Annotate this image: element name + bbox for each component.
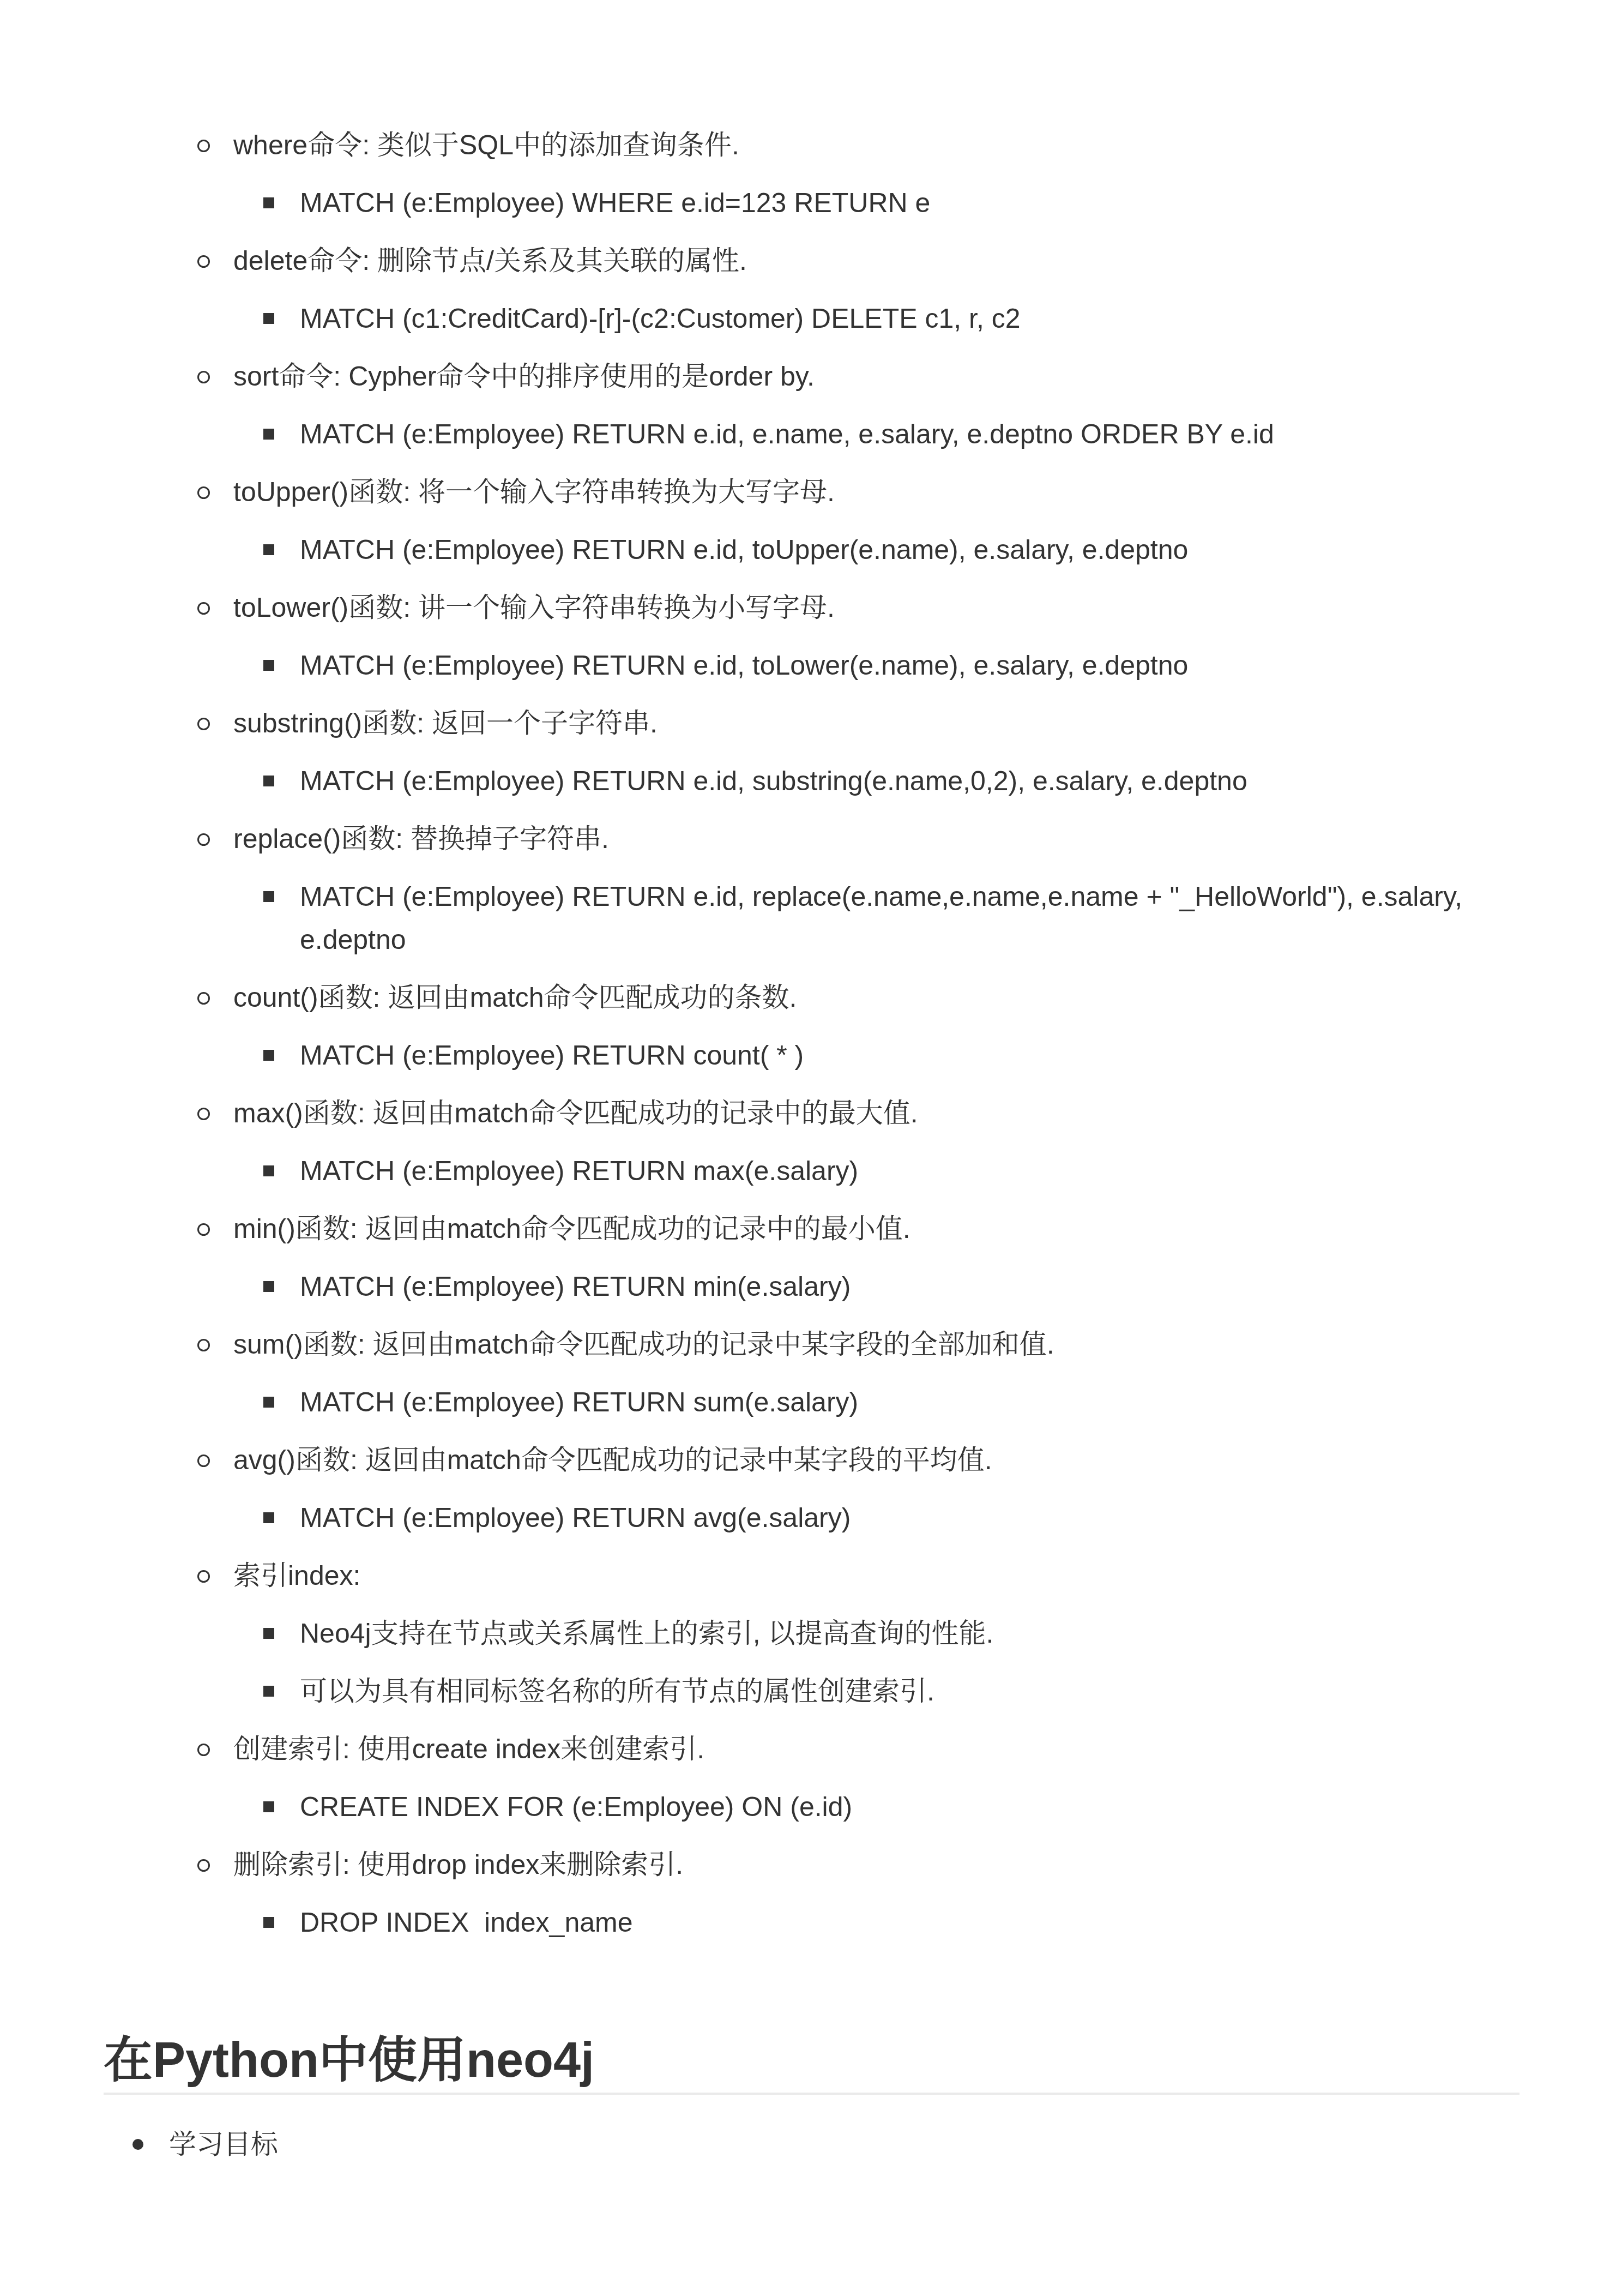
example-item: MATCH (e:Employee) RETURN avg(e.salary) [300, 1496, 1520, 1540]
square-bullet-icon [263, 1050, 274, 1061]
list-item-label: 创建索引: 使用create index来创建索引. [233, 1728, 1520, 1771]
square-bullet-icon [263, 1512, 274, 1523]
example-text: Neo4j支持在节点或关系属性上的索引, 以提高查询的性能. [300, 1612, 1520, 1655]
list-item-label: min()函数: 返回由match命令匹配成功的记录中的最小值. [233, 1207, 1520, 1251]
circle-bullet-icon [197, 602, 210, 615]
circle-bullet-icon [197, 1108, 210, 1120]
list-item-label: replace()函数: 替换掉子字符串. [233, 818, 1520, 861]
example-item: MATCH (c1:CreditCard)-[r]-(c2:Customer) … [300, 297, 1520, 340]
circle-bullet-icon [197, 1339, 210, 1351]
circle-bullet-icon [197, 1744, 210, 1756]
square-bullet-icon [263, 1628, 274, 1639]
example-code: MATCH (e:Employee) RETURN count( * ) [300, 1034, 1520, 1077]
circle-bullet-icon [197, 371, 210, 383]
list-item-label: toLower()函数: 讲一个输入字符串转换为小写字母. [233, 586, 1520, 629]
list-item-index: 索引index: Neo4j支持在节点或关系属性上的索引, 以提高查询的性能. … [233, 1554, 1520, 1713]
list-item-substring: substring()函数: 返回一个子字符串. MATCH (e:Employ… [233, 702, 1520, 803]
circle-bullet-icon [197, 1859, 210, 1872]
square-bullet-icon [263, 197, 274, 208]
list-item-label: sum()函数: 返回由match命令匹配成功的记录中某字段的全部加和值. [233, 1323, 1520, 1366]
example-item: 可以为具有相同标签名称的所有节点的属性创建索引. [300, 1670, 1520, 1713]
list-item-label: 学习目标 [169, 2123, 1520, 2166]
square-bullet-icon [263, 891, 274, 902]
square-bullet-icon [263, 313, 274, 324]
example-list: MATCH (e:Employee) RETURN avg(e.salary) [233, 1496, 1520, 1540]
example-list: DROP INDEX index_name [233, 1901, 1520, 1944]
list-item-drop-index: 删除索引: 使用drop index来删除索引. DROP INDEX inde… [233, 1843, 1520, 1944]
circle-bullet-icon [197, 1570, 210, 1583]
example-code: MATCH (e:Employee) RETURN max(e.salary) [300, 1150, 1520, 1193]
list-item-label: avg()函数: 返回由match命令匹配成功的记录中某字段的平均值. [233, 1439, 1520, 1482]
circle-bullet-icon [197, 833, 210, 846]
square-bullet-icon [263, 1281, 274, 1292]
example-code: MATCH (e:Employee) RETURN e.id, toLower(… [300, 644, 1520, 687]
square-bullet-icon [263, 1165, 274, 1176]
example-text: 可以为具有相同标签名称的所有节点的属性创建索引. [300, 1670, 1520, 1713]
circle-bullet-icon [197, 1454, 210, 1467]
example-code: MATCH (e:Employee) RETURN avg(e.salary) [300, 1496, 1520, 1540]
section-heading: 在Python中使用neo4j [104, 2031, 1520, 2095]
circle-bullet-icon [197, 718, 210, 730]
example-item: MATCH (e:Employee) RETURN sum(e.salary) [300, 1381, 1520, 1424]
example-list: MATCH (e:Employee) RETURN min(e.salary) [233, 1265, 1520, 1308]
example-item: MATCH (e:Employee) RETURN e.id, e.name, … [300, 413, 1520, 456]
list-item-max: max()函数: 返回由match命令匹配成功的记录中的最大值. MATCH (… [233, 1092, 1520, 1193]
square-bullet-icon [263, 1801, 274, 1812]
example-item: MATCH (e:Employee) RETURN e.id, replace(… [300, 875, 1520, 961]
example-list: MATCH (e:Employee) RETURN max(e.salary) [233, 1150, 1520, 1193]
cypher-command-list: where命令: 类似于SQL中的添加查询条件. MATCH (e:Employ… [233, 124, 1520, 1944]
list-item-min: min()函数: 返回由match命令匹配成功的记录中的最小值. MATCH (… [233, 1207, 1520, 1308]
example-code: MATCH (e:Employee) RETURN min(e.salary) [300, 1265, 1520, 1308]
list-item-label: sort命令: Cypher命令中的排序使用的是order by. [233, 355, 1520, 398]
example-item: MATCH (e:Employee) RETURN e.id, toUpper(… [300, 528, 1520, 572]
example-list: MATCH (c1:CreditCard)-[r]-(c2:Customer) … [233, 297, 1520, 340]
list-item-label: toUpper()函数: 将一个输入字符串转换为大写字母. [233, 471, 1520, 514]
example-list: MATCH (e:Employee) RETURN e.id, e.name, … [233, 413, 1520, 456]
circle-bullet-icon [197, 992, 210, 1005]
example-code: CREATE INDEX FOR (e:Employee) ON (e.id) [300, 1786, 1520, 1829]
list-item-label: 索引index: [233, 1554, 1520, 1597]
list-item-sum: sum()函数: 返回由match命令匹配成功的记录中某字段的全部加和值. MA… [233, 1323, 1520, 1424]
circle-bullet-icon [197, 1223, 210, 1236]
example-code: MATCH (e:Employee) RETURN e.id, toUpper(… [300, 528, 1520, 572]
example-item: MATCH (e:Employee) RETURN max(e.salary) [300, 1150, 1520, 1193]
list-item-label: delete命令: 删除节点/关系及其关联的属性. [233, 239, 1520, 283]
circle-bullet-icon [197, 140, 210, 152]
example-list: MATCH (e:Employee) RETURN e.id, substrin… [233, 760, 1520, 803]
square-bullet-icon [263, 660, 274, 671]
example-list: MATCH (e:Employee) RETURN e.id, toLower(… [233, 644, 1520, 687]
example-code: MATCH (e:Employee) RETURN e.id, replace(… [300, 875, 1520, 961]
list-item-label: 删除索引: 使用drop index来删除索引. [233, 1843, 1520, 1886]
example-item: MATCH (e:Employee) RETURN count( * ) [300, 1034, 1520, 1077]
example-list: CREATE INDEX FOR (e:Employee) ON (e.id) [233, 1786, 1520, 1829]
list-item-avg: avg()函数: 返回由match命令匹配成功的记录中某字段的平均值. MATC… [233, 1439, 1520, 1540]
example-code: DROP INDEX index_name [300, 1901, 1520, 1944]
example-list: Neo4j支持在节点或关系属性上的索引, 以提高查询的性能. 可以为具有相同标签… [233, 1612, 1520, 1713]
square-bullet-icon [263, 544, 274, 555]
list-item-label: count()函数: 返回由match命令匹配成功的条数. [233, 976, 1520, 1019]
example-item: Neo4j支持在节点或关系属性上的索引, 以提高查询的性能. [300, 1612, 1520, 1655]
list-item-toupper: toUpper()函数: 将一个输入字符串转换为大写字母. MATCH (e:E… [233, 471, 1520, 572]
example-list: MATCH (e:Employee) RETURN count( * ) [233, 1034, 1520, 1077]
example-list: MATCH (e:Employee) WHERE e.id=123 RETURN… [233, 182, 1520, 225]
example-item: MATCH (e:Employee) RETURN min(e.salary) [300, 1265, 1520, 1308]
example-code: MATCH (e:Employee) RETURN e.id, substrin… [300, 760, 1520, 803]
square-bullet-icon [263, 776, 274, 786]
list-item-learning-goals: 学习目标 [169, 2123, 1520, 2166]
list-item-label: substring()函数: 返回一个子字符串. [233, 702, 1520, 745]
list-item-tolower: toLower()函数: 讲一个输入字符串转换为小写字母. MATCH (e:E… [233, 586, 1520, 687]
example-item: MATCH (e:Employee) WHERE e.id=123 RETURN… [300, 182, 1520, 225]
example-code: MATCH (c1:CreditCard)-[r]-(c2:Customer) … [300, 297, 1520, 340]
example-item: MATCH (e:Employee) RETURN e.id, toLower(… [300, 644, 1520, 687]
square-bullet-icon [263, 1397, 274, 1408]
document-page: where命令: 类似于SQL中的添加查询条件. MATCH (e:Employ… [104, 0, 1520, 2296]
example-code: MATCH (e:Employee) RETURN sum(e.salary) [300, 1381, 1520, 1424]
example-item: DROP INDEX index_name [300, 1901, 1520, 1944]
example-item: MATCH (e:Employee) RETURN e.id, substrin… [300, 760, 1520, 803]
list-item-delete: delete命令: 删除节点/关系及其关联的属性. MATCH (c1:Cred… [233, 239, 1520, 340]
example-code: MATCH (e:Employee) WHERE e.id=123 RETURN… [300, 182, 1520, 225]
square-bullet-icon [263, 429, 274, 440]
example-list: MATCH (e:Employee) RETURN e.id, replace(… [233, 875, 1520, 961]
circle-bullet-icon [197, 486, 210, 499]
list-item-count: count()函数: 返回由match命令匹配成功的条数. MATCH (e:E… [233, 976, 1520, 1077]
square-bullet-icon [263, 1686, 274, 1697]
list-item-sort: sort命令: Cypher命令中的排序使用的是order by. MATCH … [233, 355, 1520, 456]
example-list: MATCH (e:Employee) RETURN e.id, toUpper(… [233, 528, 1520, 572]
section-list: 学习目标 [169, 2123, 1520, 2166]
square-bullet-icon [263, 1917, 274, 1928]
list-item-create-index: 创建索引: 使用create index来创建索引. CREATE INDEX … [233, 1728, 1520, 1829]
list-item-label: where命令: 类似于SQL中的添加查询条件. [233, 124, 1520, 167]
example-item: CREATE INDEX FOR (e:Employee) ON (e.id) [300, 1786, 1520, 1829]
list-item-where: where命令: 类似于SQL中的添加查询条件. MATCH (e:Employ… [233, 124, 1520, 225]
list-item-replace: replace()函数: 替换掉子字符串. MATCH (e:Employee)… [233, 818, 1520, 961]
disc-bullet-icon [132, 2139, 143, 2150]
circle-bullet-icon [197, 255, 210, 268]
list-item-label: max()函数: 返回由match命令匹配成功的记录中的最大值. [233, 1092, 1520, 1135]
example-list: MATCH (e:Employee) RETURN sum(e.salary) [233, 1381, 1520, 1424]
example-code: MATCH (e:Employee) RETURN e.id, e.name, … [300, 413, 1520, 456]
